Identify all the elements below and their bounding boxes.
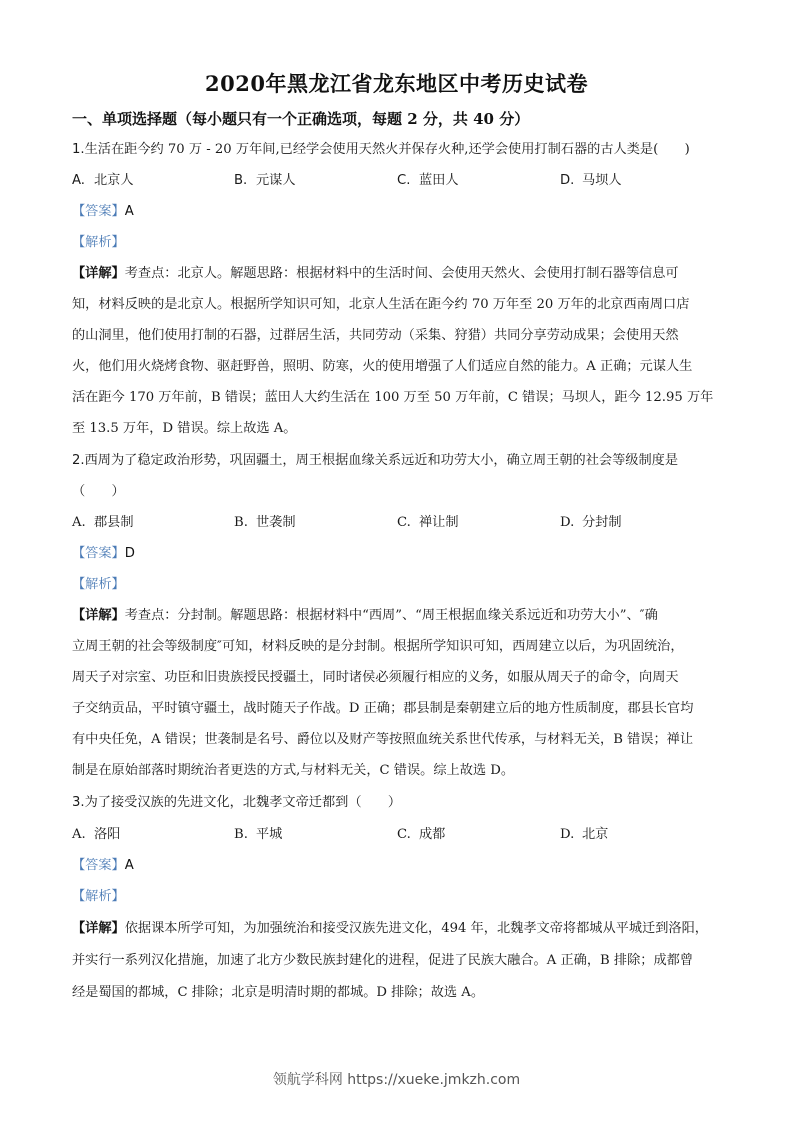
option-text: 平城 — [256, 827, 282, 842]
option-a: A.洛阳 — [72, 826, 120, 844]
analysis-label: 【解析】 — [72, 577, 125, 592]
detail-label: 【详解】 — [72, 921, 125, 936]
option-d: D.马坝人 — [560, 172, 622, 190]
option-letter: B. — [234, 514, 256, 532]
detail-line: 有中央任免，A 错误；世袭制是名号、爵位以及财产等按照血统关系世代传承，与材料无… — [72, 731, 693, 749]
answer-line: 【答案】D — [72, 545, 135, 563]
answer-value: A — [125, 858, 134, 873]
analysis-label: 【解析】 — [72, 235, 125, 250]
option-letter: B. — [234, 172, 256, 190]
question-number: 1. — [72, 142, 85, 157]
detail-line: 经是蜀国的都城，C 排除；北京是明清时期的都城。D 排除；故选 A。 — [72, 984, 484, 1002]
detail-line: 子交纳贡品，平时镇守疆土，战时随天子作战。D 正确；郡县制是秦朝建立后的地方性质… — [72, 700, 693, 718]
option-text: 成都 — [419, 827, 445, 842]
detail-line: 周天子对宗室、功臣和旧贵族授民授疆土，同时诸侯必须履行相应的义务，如服从周天子的… — [72, 669, 679, 687]
option-a: A.郡县制 — [72, 514, 134, 532]
option-text: 禅让制 — [419, 515, 459, 530]
option-c: C.成都 — [397, 826, 445, 844]
option-text: 洛阳 — [94, 827, 120, 842]
option-text: 北京 — [582, 827, 608, 842]
analysis-line: 【解析】 — [72, 234, 125, 252]
options-row: A.洛阳 B.平城 C.成都 D.北京 — [72, 826, 732, 844]
question-stem: 3.为了接受汉族的先进文化，北魏孝文帝迁都到（ ） — [72, 794, 401, 812]
option-text: 元谋人 — [256, 173, 296, 188]
detail-line: 至 13.5 万年，D 错误。综上故选 A。 — [72, 420, 296, 438]
question-stem-continued: （ ） — [72, 483, 125, 501]
options-row: A.郡县制 B.世袭制 C.禅让制 D.分封制 — [72, 514, 732, 532]
option-d: D.分封制 — [560, 514, 622, 532]
answer-line: 【答案】A — [72, 203, 134, 221]
detail-line: 火，他们用火烧烤食物、驱赶野兽，照明、防寒，火的使用增强了人们适应自然的能力。A… — [72, 358, 692, 376]
stem-text: 生活在距今约 70 万 - 20 万年间,已经学会使用天然火并保存火种,还学会使… — [85, 142, 690, 157]
question-stem: 1.生活在距今约 70 万 - 20 万年间,已经学会使用天然火并保存火种,还学… — [72, 141, 690, 159]
detail-line: 知，材料反映的是北京人。根据所学知识可知，北京人生活在距今约 70 万年至 20… — [72, 296, 689, 314]
document-title: 2020年黑龙江省龙东地区中考历史试卷 — [0, 68, 793, 98]
answer-line: 【答案】A — [72, 857, 134, 875]
detail-line: 活在距今 170 万年前，B 错误；蓝田人大约生活在 100 万至 50 万年前… — [72, 389, 713, 407]
option-text: 分封制 — [582, 515, 622, 530]
option-b: B.元谋人 — [234, 172, 296, 190]
option-b: B.世袭制 — [234, 514, 296, 532]
option-letter: C. — [397, 172, 419, 190]
stem-text: 西周为了稳定政治形势，巩固疆土，周王根据血缘关系远近和功劳大小，确立周王朝的社会… — [85, 453, 678, 468]
option-c: C.蓝田人 — [397, 172, 459, 190]
question-stem: 2.西周为了稳定政治形势，巩固疆土，周王根据血缘关系远近和功劳大小，确立周王朝的… — [72, 452, 678, 470]
analysis-label: 【解析】 — [72, 889, 125, 904]
option-text: 北京人 — [94, 173, 134, 188]
detail-line: 立周王朝的社会等级制度″可知，材料反映的是分封制。根据所学知识可知，西周建立以后… — [72, 638, 684, 656]
answer-value: A — [125, 204, 134, 219]
detail-text: 考查点：分封制。解题思路：根据材料中“西周”、“周王根据血缘关系远近和功劳大小”… — [125, 608, 658, 623]
option-text: 郡县制 — [94, 515, 134, 530]
option-letter: D. — [560, 826, 582, 844]
answer-label: 【答案】 — [72, 204, 125, 219]
option-d: D.北京 — [560, 826, 608, 844]
option-letter: A. — [72, 514, 94, 532]
answer-label: 【答案】 — [72, 546, 125, 561]
option-a: A.北京人 — [72, 172, 134, 190]
detail-line: 【详解】考查点：北京人。解题思路：根据材料中的生活时间、会使用天然火、会使用打制… — [72, 265, 679, 283]
answer-value: D — [125, 546, 135, 561]
detail-line: 的山洞里，他们使用打制的石器，过群居生活，共同劳动（采集、狩猎）共同分享劳动成果… — [72, 327, 679, 345]
option-letter: C. — [397, 826, 419, 844]
answer-label: 【答案】 — [72, 858, 125, 873]
option-letter: C. — [397, 514, 419, 532]
detail-text: 考查点：北京人。解题思路：根据材料中的生活时间、会使用天然火、会使用打制石器等信… — [125, 266, 679, 281]
option-letter: D. — [560, 514, 582, 532]
option-letter: A. — [72, 172, 94, 190]
analysis-line: 【解析】 — [72, 888, 125, 906]
question-number: 2. — [72, 453, 85, 468]
detail-line: 并实行一系列汉化措施，加速了北方少数民族封建化的进程，促进了民族大融合。A 正确… — [72, 952, 693, 970]
detail-line: 制是在原始部落时期统治者更迭的方式,与材料无关，C 错误。综上故选 D。 — [72, 762, 514, 780]
option-letter: A. — [72, 826, 94, 844]
option-text: 蓝田人 — [419, 173, 459, 188]
option-letter: D. — [560, 172, 582, 190]
option-letter: B. — [234, 826, 256, 844]
detail-label: 【详解】 — [72, 266, 125, 281]
question-number: 3. — [72, 795, 85, 810]
footer-watermark: 领航学科网 https://xueke.jmkzh.com — [0, 1069, 793, 1089]
detail-line: 【详解】依据课本所学可知，为加强统治和接受汉族先进文化，494 年，北魏孝文帝将… — [72, 920, 708, 938]
option-text: 世袭制 — [256, 515, 296, 530]
detail-label: 【详解】 — [72, 608, 125, 623]
detail-text: 依据课本所学可知，为加强统治和接受汉族先进文化，494 年，北魏孝文帝将都城从平… — [125, 921, 708, 936]
section-heading: 一、单项选择题（每小题只有一个正确选项，每题 2 分，共 40 分） — [72, 108, 529, 129]
option-text: 马坝人 — [582, 173, 622, 188]
options-row: A.北京人 B.元谋人 C.蓝田人 D.马坝人 — [72, 172, 732, 190]
detail-line: 【详解】考查点：分封制。解题思路：根据材料中“西周”、“周王根据血缘关系远近和功… — [72, 607, 658, 625]
stem-text: 为了接受汉族的先进文化，北魏孝文帝迁都到（ ） — [85, 795, 402, 810]
exam-page: 2020年黑龙江省龙东地区中考历史试卷 一、单项选择题（每小题只有一个正确选项，… — [0, 0, 793, 1122]
option-b: B.平城 — [234, 826, 282, 844]
analysis-line: 【解析】 — [72, 576, 125, 594]
option-c: C.禅让制 — [397, 514, 459, 532]
